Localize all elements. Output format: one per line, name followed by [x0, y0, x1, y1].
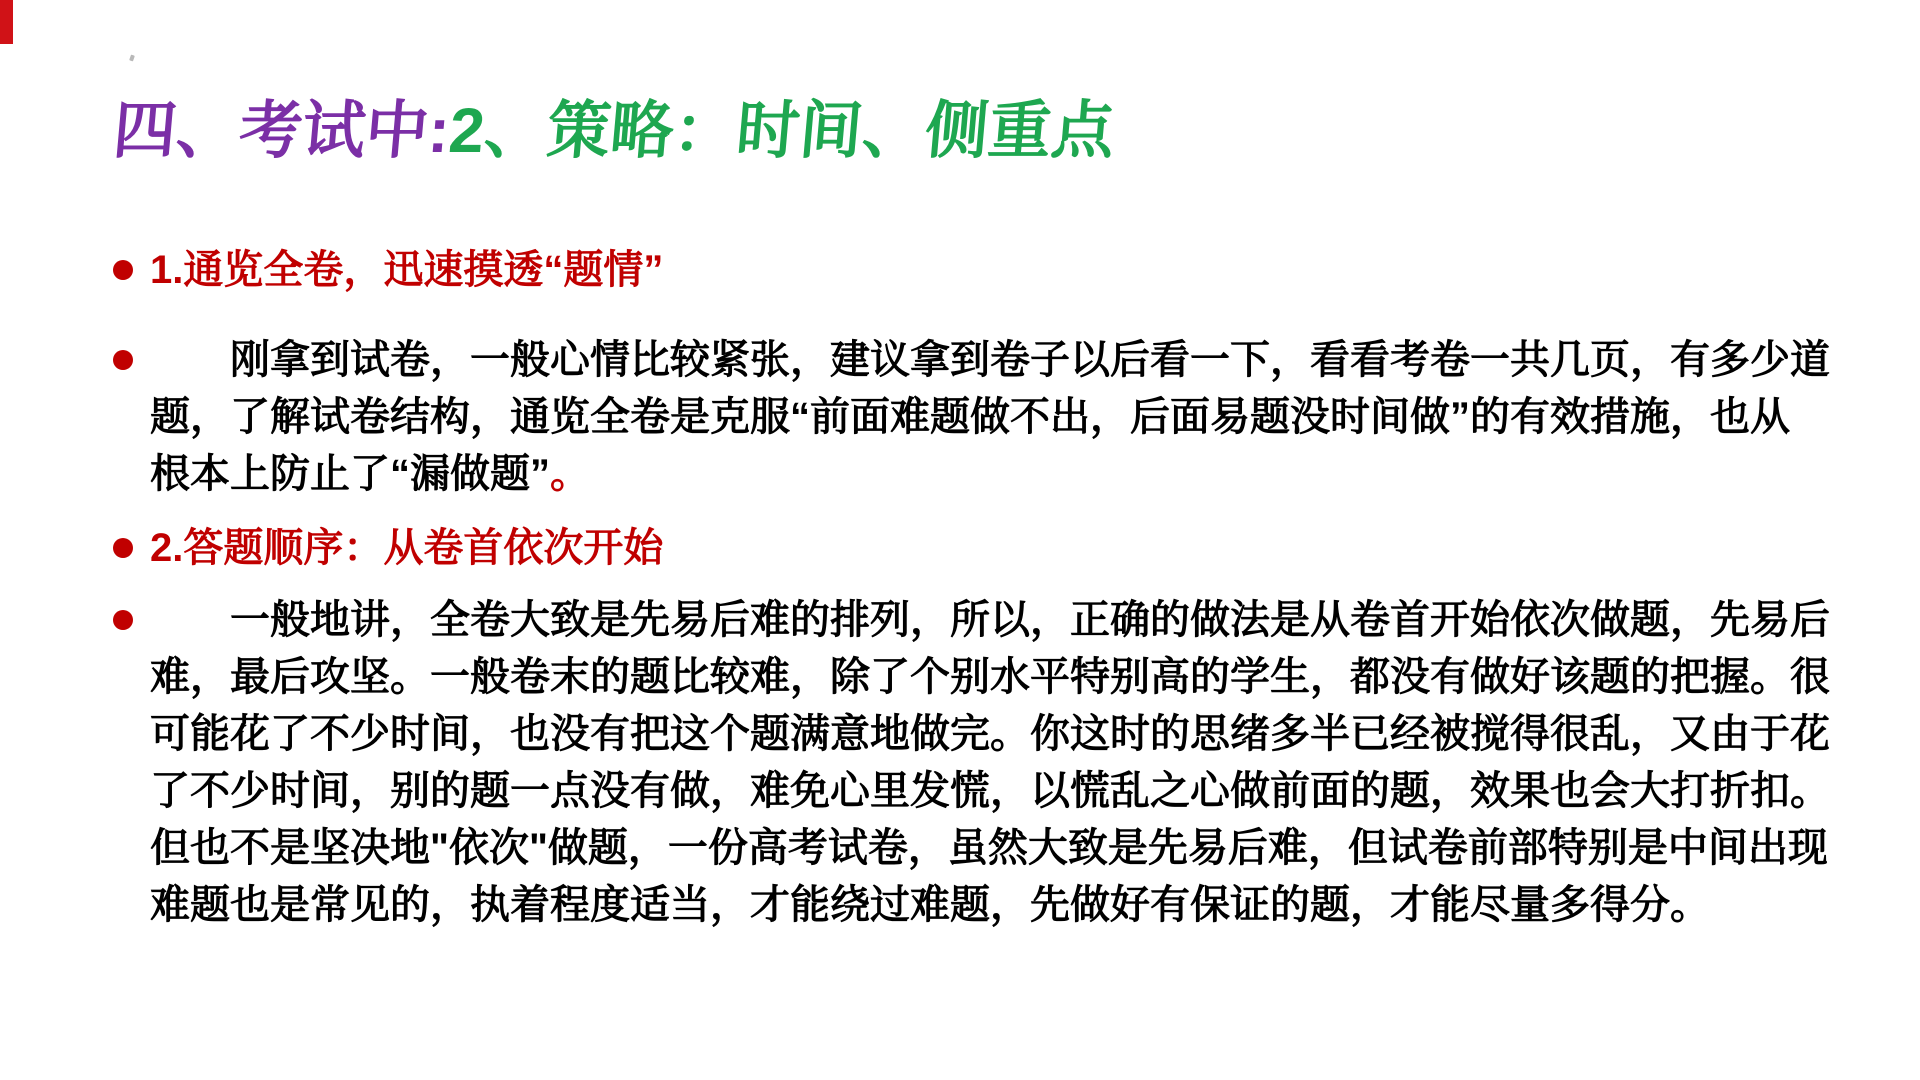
paragraph-line: 了不少时间，别的题一点没有做，难免心里发慌，以慌乱之心做前面的题，效果也会大打折…: [150, 763, 1850, 820]
bullet-paragraph-1: 刚拿到试卷，一般心情比较紧张，建议拿到卷子以后看一下，看看考卷一共几页，有多少道…: [113, 332, 1850, 503]
bullet-dot-icon: [113, 610, 133, 630]
bullet-dot-icon: [113, 538, 133, 558]
bullet-heading-2: 2.答题顺序：从卷首依次开始: [113, 520, 663, 577]
bullet-heading-1: 1.通览全卷，迅速摸透“题情”: [113, 242, 663, 299]
page-title: 四、考试中:2、策略：时间、侧重点: [110, 92, 1118, 170]
stray-mark: [129, 54, 135, 61]
red-period: 。: [550, 452, 590, 496]
heading-1-text: 1.通览全卷，迅速摸透“题情”: [150, 242, 663, 299]
paragraph-2: 一般地讲，全卷大致是先易后难的排列，所以，正确的做法是从卷首开始依次做题，先易后…: [150, 592, 1850, 934]
title-topic-label: 2、策略：时间、侧重点: [446, 96, 1117, 166]
bullet-dot-icon: [113, 350, 133, 370]
paragraph-line: 难题也是常见的，执着程度适当，才能绕过难题，先做好有保证的题，才能尽量多得分。: [150, 877, 1850, 934]
bullet-paragraph-2: 一般地讲，全卷大致是先易后难的排列，所以，正确的做法是从卷首开始依次做题，先易后…: [113, 592, 1850, 934]
corner-accent-bar: [0, 0, 13, 44]
heading-2-text: 2.答题顺序：从卷首依次开始: [150, 520, 663, 577]
paragraph-line: 根本上防止了“漏做题”。: [150, 446, 1850, 503]
bullet-dot-icon: [113, 260, 133, 280]
paragraph-line-text: 根本上防止了“漏做题”: [150, 452, 550, 496]
paragraph-line: 一般地讲，全卷大致是先易后难的排列，所以，正确的做法是从卷首开始依次做题，先易后: [150, 592, 1850, 649]
paragraph-line: 难，最后攻坚。一般卷末的题比较难，除了个别水平特别高的学生，都没有做好该题的把握…: [150, 649, 1850, 706]
title-section-label: 四、考试中:: [110, 96, 452, 166]
paragraph-1: 刚拿到试卷，一般心情比较紧张，建议拿到卷子以后看一下，看看考卷一共几页，有多少道…: [150, 332, 1850, 503]
paragraph-line: 题，了解试卷结构，通览全卷是克服“前面难题做不出，后面易题没时间做”的有效措施，…: [150, 389, 1850, 446]
paragraph-line: 可能花了不少时间，也没有把这个题满意地做完。你这时的思绪多半已经被搅得很乱，又由…: [150, 706, 1850, 763]
paragraph-line: 但也不是坚决地"依次"做题，一份高考试卷，虽然大致是先易后难，但试卷前部特别是中…: [150, 820, 1850, 877]
paragraph-line: 刚拿到试卷，一般心情比较紧张，建议拿到卷子以后看一下，看看考卷一共几页，有多少道: [150, 332, 1850, 389]
slide: 四、考试中:2、策略：时间、侧重点 1.通览全卷，迅速摸透“题情” 刚拿到试卷，…: [0, 0, 1920, 1080]
